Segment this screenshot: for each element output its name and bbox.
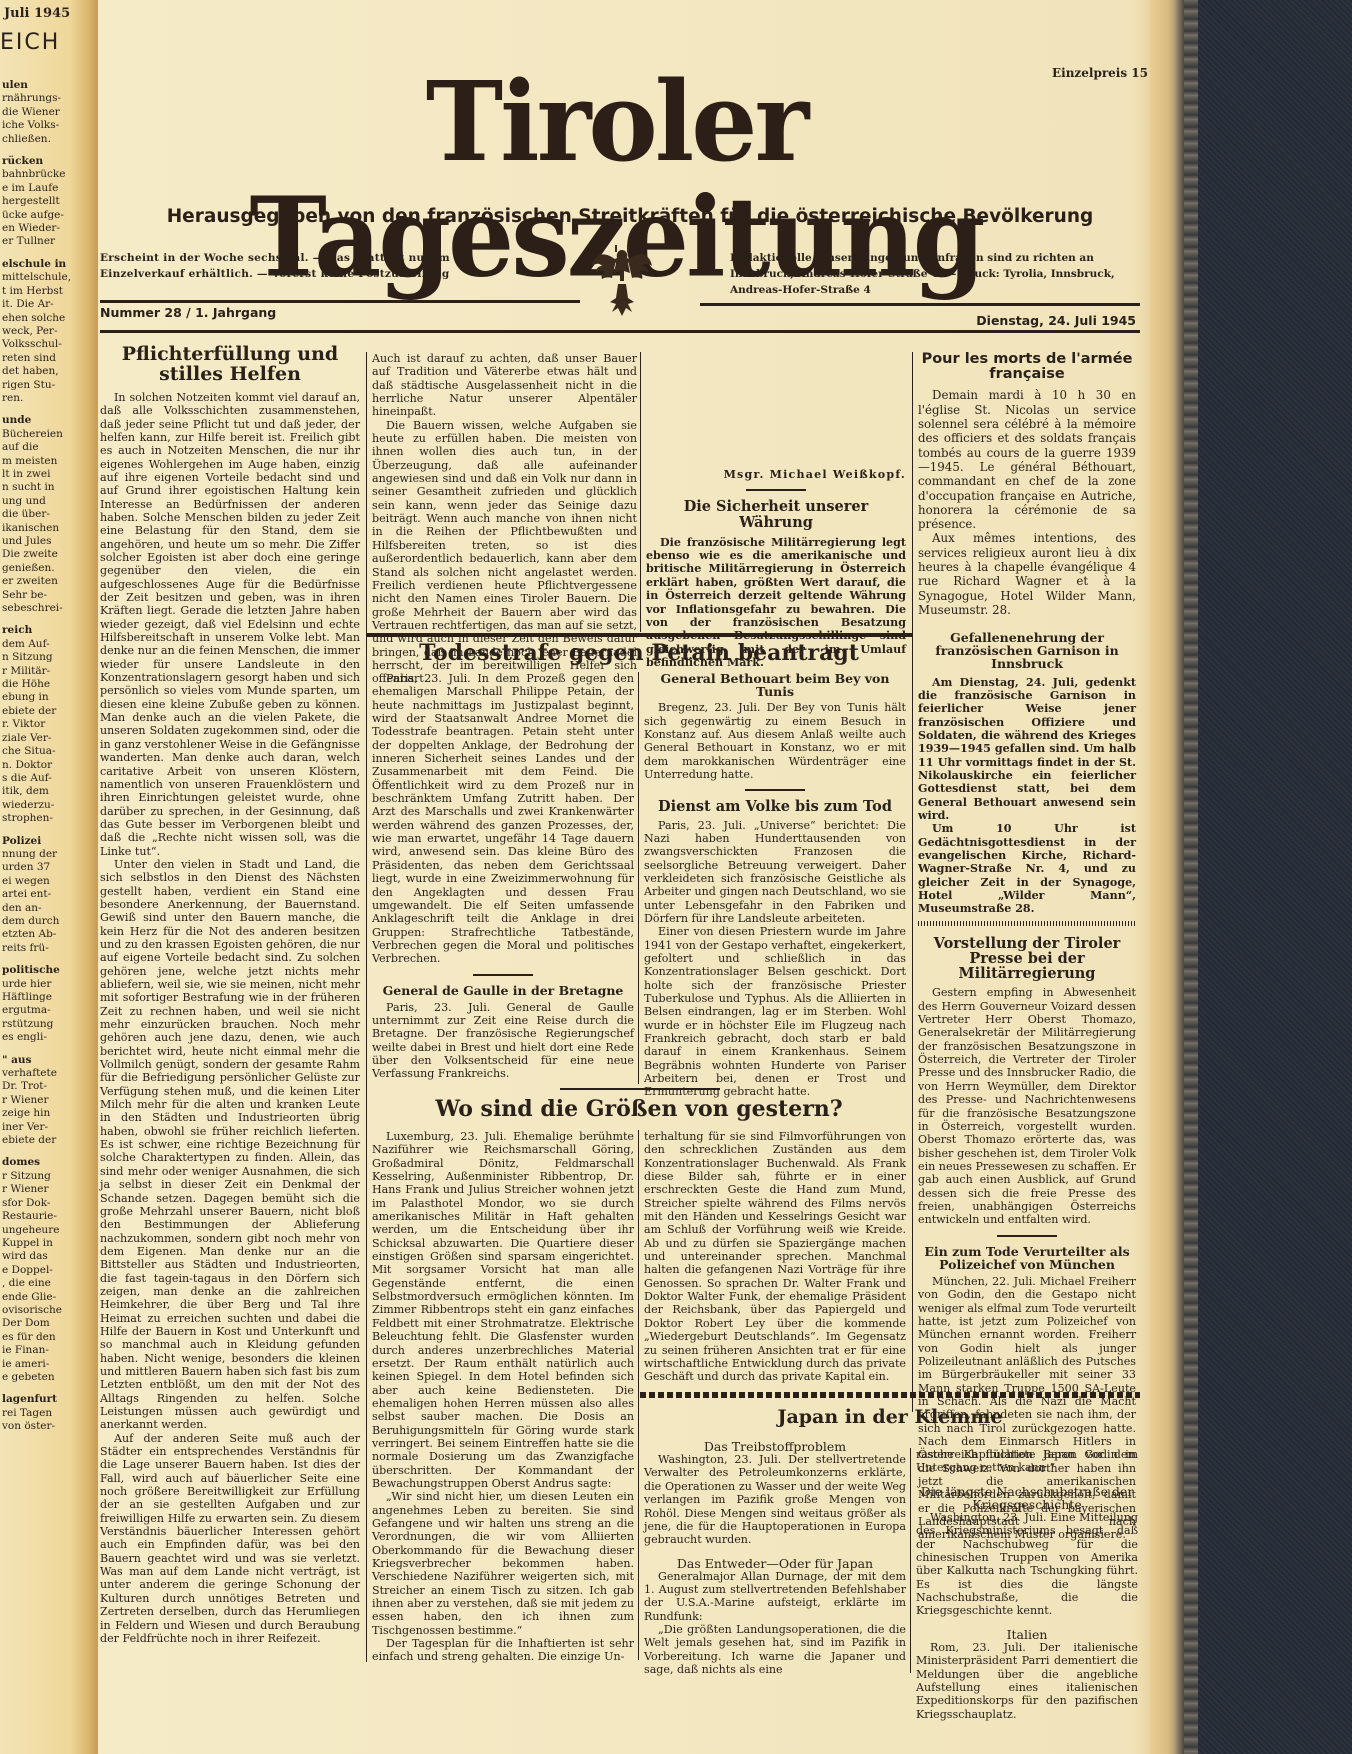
paragraph: Washington, 23. Juli. Der stellvertreten… <box>644 1453 906 1546</box>
prev-page-line: ungeheure <box>2 1224 98 1237</box>
prev-page-line: e Doppel- <box>2 1264 98 1277</box>
issue-number: Nummer 28 / 1. Jahrgang <box>100 305 276 320</box>
prev-page-text: ulenrnährungs-die Wieneriche Volks-chlie… <box>2 70 98 1434</box>
prev-page-line: wiederzu- <box>2 799 98 812</box>
prev-page-line: Die zweite <box>2 548 98 561</box>
newspaper-page: Juli 1945 EICH ulenrnährungs-die Wieneri… <box>0 0 1352 1754</box>
prev-page-line: die Höhe <box>2 678 98 691</box>
subheadline: Das Entweder—Oder für Japan <box>644 1557 906 1570</box>
article-pour-les-morts: Demain mardi à 10 h 30 en l'église St. N… <box>918 388 1136 617</box>
paragraph: terhaltung für sie sind Filmvorführungen… <box>644 1130 906 1384</box>
prev-page-line: ren. <box>2 392 98 405</box>
prev-page-line: urde hier <box>2 978 98 991</box>
column-divider <box>910 1448 911 1673</box>
paragraph: Auf der anderen Seite muß auch der Städt… <box>100 1432 360 1646</box>
prev-page-line: det haben, <box>2 365 98 378</box>
prev-page-line: nnung der <box>2 848 98 861</box>
article-pflichterfuellung: Pflichterfüllung und stilles Helfen In s… <box>100 345 360 1645</box>
prev-page-line: rei Tagen <box>2 1407 98 1420</box>
prev-page-line: ovisorische <box>2 1304 98 1317</box>
prev-page-line: reten sind <box>2 352 98 365</box>
masthead-subtitle: Herausgegeben von den französischen Stre… <box>130 206 1130 227</box>
headline: General Bethouart beim Bey von Tunis <box>644 672 906 698</box>
prev-page-line: sebeschrei- <box>2 602 98 615</box>
prev-page-line: verhaftete <box>2 1067 98 1080</box>
prev-page-line: die über- <box>2 508 98 521</box>
prev-page-line: es für den <box>2 1331 98 1344</box>
prev-page-heading: domes <box>2 1156 98 1169</box>
prev-page-line: r Wiener <box>2 1183 98 1196</box>
prev-page-line: urden 37 <box>2 861 98 874</box>
prev-page-line: rstützung <box>2 1018 98 1031</box>
prev-page-date: Juli 1945 <box>4 6 70 21</box>
prev-page-line: dem durch <box>2 915 98 928</box>
prev-page-line: lt in zwei <box>2 468 98 481</box>
prev-page-line: Volksschul- <box>2 338 98 351</box>
article-groessen-col2: terhaltung für sie sind Filmvorführungen… <box>644 1130 906 1384</box>
prev-page-heading: " aus <box>2 1054 98 1067</box>
article-groessen-col1: Luxemburg, 23. Juli. Ehemalige berühmte … <box>372 1130 634 1664</box>
article-bey-von-tunis: General Bethouart beim Bey von Tunis Bre… <box>644 672 906 1099</box>
prev-page-line: sfor Dok- <box>2 1197 98 1210</box>
separator <box>473 974 533 976</box>
separator <box>997 1235 1057 1237</box>
prev-page-line: n. Doktor <box>2 759 98 772</box>
paragraph: Washington, 23. Juli. Eine Mitteilung de… <box>916 1511 1138 1618</box>
prev-page-line: und Jules <box>2 535 98 548</box>
prev-page-line: etzten Ab- <box>2 928 98 941</box>
prev-page-line: it. Die Ar- <box>2 298 98 311</box>
headline: Pflichterfüllung und stilles Helfen <box>100 345 360 385</box>
prev-page-line: Häftlinge <box>2 991 98 1004</box>
binding-cover <box>1198 0 1352 1754</box>
prev-page-line: iner Ver- <box>2 1121 98 1134</box>
column-divider <box>638 1130 639 1660</box>
prev-page-line: die Wiener <box>2 106 98 119</box>
issue-date: Dienstag, 24. Juli 1945 <box>960 313 1136 328</box>
paragraph: Paris, 23. Juli. In dem Prozeß gegen den… <box>372 672 634 966</box>
separator <box>918 921 1136 926</box>
prev-page-line: n sucht in <box>2 481 98 494</box>
prev-page-line: ücke aufge- <box>2 209 98 222</box>
prev-page-heading: elschule in <box>2 258 98 271</box>
prev-page-line: mittelschule, <box>2 271 98 284</box>
paragraph: Luxemburg, 23. Juli. Ehemalige berühmte … <box>372 1130 634 1490</box>
prev-page-line: rnährungs- <box>2 92 98 105</box>
headline: Dienst am Volke bis zum Tod <box>644 799 906 814</box>
masthead-rule-left <box>100 300 580 303</box>
prev-page-line: e gebeten <box>2 1371 98 1384</box>
article-petain: Paris, 23. Juli. In dem Prozeß gegen den… <box>372 672 634 1081</box>
paragraph: Auch ist darauf zu achten, daß unser Bau… <box>372 352 637 419</box>
prev-page-line: von öster- <box>2 1420 98 1433</box>
quote-continued: rasche Kapitulation Japan vor dem Unterg… <box>916 1448 1138 1475</box>
article-japan-col1: Das Treibstoffproblem Washington, 23. Ju… <box>644 1440 906 1676</box>
paragraph: Gestern empfing in Abwesenheit des Herrn… <box>918 986 1136 1226</box>
prev-page-line: Sehr be- <box>2 589 98 602</box>
paragraph: Der Tagesplan für die Inhaftierten ist s… <box>372 1637 634 1664</box>
prev-page-line: ebung in <box>2 691 98 704</box>
paragraph: Bregenz, 23. Juli. Der Bey von Tunis häl… <box>644 701 906 781</box>
prev-page-line: weck, Per- <box>2 325 98 338</box>
author-signature: Msgr. Michael Weißkopf. <box>646 468 906 481</box>
prev-page-line: ebiete der <box>2 1134 98 1147</box>
prev-page-line: Der Dom <box>2 1317 98 1330</box>
date-rule <box>100 330 1140 333</box>
prev-page-heading: ulen <box>2 79 98 92</box>
subheadline: Italien <box>916 1628 1138 1641</box>
prev-page-line: genießen. <box>2 562 98 575</box>
prev-page-line: Restaurie- <box>2 1210 98 1223</box>
paragraph: Einer von diesen Priestern wurde im Jahr… <box>644 925 906 1098</box>
separator <box>745 789 805 791</box>
prev-page-line: er zweiten <box>2 575 98 588</box>
tyrolean-eagle-icon <box>590 244 654 318</box>
prev-page-line: , die eine <box>2 1277 98 1290</box>
prev-page-line: reits frü- <box>2 942 98 955</box>
prev-page-line: che Situa- <box>2 745 98 758</box>
prev-page-line: strophen- <box>2 812 98 825</box>
headline-japan: Japan in der Klemme <box>640 1408 1140 1428</box>
paragraph: Am Dienstag, 24. Juli, gedenkt die franz… <box>918 676 1136 823</box>
prev-page-line: ergutma- <box>2 1004 98 1017</box>
paragraph: Generalmajor Allan Durnage, der mit dem … <box>644 1570 906 1623</box>
paragraph: In solchen Notzeiten kommt viel darauf a… <box>100 391 360 858</box>
section-rule <box>366 633 912 637</box>
paragraph: Paris, 23. Juli. „Universe“ berichtet: D… <box>644 819 906 926</box>
prev-page-line: er Tullner <box>2 235 98 248</box>
prev-page-heading: lagenfurt <box>2 1393 98 1406</box>
prev-page-line: ei wegen <box>2 875 98 888</box>
column-divider <box>912 352 913 1412</box>
headline: Vorstellung der Tiroler Presse bei der M… <box>918 936 1136 982</box>
subheadline: Die längste Nachschubstraße der Kriegsge… <box>916 1485 1138 1511</box>
prev-page-line: es engli- <box>2 1031 98 1044</box>
headline: Ein zum Tode Verurteilter als Polizeiche… <box>918 1245 1136 1271</box>
prev-page-line: artei ent- <box>2 888 98 901</box>
prev-page-line: ebiete der <box>2 705 98 718</box>
prev-page-line: wird das <box>2 1250 98 1263</box>
prev-page-heading: reich <box>2 624 98 637</box>
headline: Die Sicherheit unserer Währung <box>646 499 906 529</box>
prev-page-line: m meisten <box>2 455 98 468</box>
prev-page-line: rigen Stu- <box>2 379 98 392</box>
prev-page-line: iche Volks- <box>2 119 98 132</box>
prev-page-line: hergestellt <box>2 195 98 208</box>
wavy-rule <box>640 1392 1140 1398</box>
prev-page-line: dem Auf- <box>2 638 98 651</box>
quote: „Die größten Landungsoperationen, die di… <box>644 1623 906 1676</box>
headline: Gefallenenehrung der französischen Garni… <box>918 631 1136 670</box>
paragraph: Unter den vielen in Stadt und Land, die … <box>100 858 360 1432</box>
right-column: Pour les morts de l'armée française Dema… <box>918 352 1136 1542</box>
prev-page-line: e im Laufe <box>2 182 98 195</box>
prev-page-line: t im Herbst <box>2 285 98 298</box>
prev-page-line: s die Auf- <box>2 772 98 785</box>
prev-page-line: ende Glie- <box>2 1291 98 1304</box>
headline: General de Gaulle in der Bretagne <box>372 984 634 997</box>
subheadline: Das Treibstoffproblem <box>644 1440 906 1453</box>
prev-page-line: ie Finan- <box>2 1344 98 1357</box>
prev-page-line: ie ameri- <box>2 1358 98 1371</box>
prev-page-heading: unde <box>2 414 98 427</box>
paragraph: Demain mardi à 10 h 30 en l'église St. N… <box>918 388 1136 531</box>
column-divider <box>366 352 367 1662</box>
prev-page-line: ikanischen <box>2 522 98 535</box>
paragraph: Um 10 Uhr ist Gedächtnisgottesdienst in … <box>918 822 1136 915</box>
prev-page-line: r Militär- <box>2 665 98 678</box>
publication-info: Erscheint in der Woche sechsmal. — Das B… <box>100 250 500 282</box>
headline-groessen: Wo sind die Größen von gestern? <box>372 1098 906 1121</box>
paragraph: „Wir sind nicht hier, um diesen Leuten e… <box>372 1490 634 1637</box>
prev-page-line: ehen solche <box>2 312 98 325</box>
prev-page-line: r Sitzung <box>2 1170 98 1183</box>
prev-page-heading: Polizei <box>2 835 98 848</box>
prev-page-line: itik, dem <box>2 785 98 798</box>
prev-page-line: den an- <box>2 902 98 915</box>
prev-page-line: en Wieder- <box>2 222 98 235</box>
prev-page-line: bahnbrücke <box>2 168 98 181</box>
prev-page-line: auf die <box>2 441 98 454</box>
separator <box>746 489 806 491</box>
article-japan-col2: rasche Kapitulation Japan vor dem Unterg… <box>916 1448 1138 1721</box>
editorial-address: Redaktionelle Einsendungen und Anfragen … <box>730 250 1130 298</box>
headline-french: Pour les morts de l'armée française <box>918 352 1136 382</box>
paragraph: Aux mêmes intentions, des services relig… <box>918 531 1136 617</box>
prev-page-line: ung und <box>2 495 98 508</box>
prev-page-line: Dr. Trot- <box>2 1080 98 1093</box>
article-gefallenenehrung: Am Dienstag, 24. Juli, gedenkt die franz… <box>918 676 1136 916</box>
binding-ridge <box>1184 0 1198 1754</box>
prev-page-line: r Wiener <box>2 1094 98 1107</box>
paragraph: Paris, 23. Juli. General de Gaulle unter… <box>372 1001 634 1081</box>
paragraph: Rom, 23. Juli. Der italienische Minister… <box>916 1641 1138 1721</box>
book-binding <box>1150 0 1352 1754</box>
prev-page-line: n Sitzung <box>2 651 98 664</box>
masthead-rule-right <box>700 303 1140 306</box>
prev-page-line: zeige hin <box>2 1107 98 1120</box>
prev-page-line: chließen. <box>2 133 98 146</box>
prev-page-heading: politische <box>2 964 98 977</box>
prev-page-line: Büchereien <box>2 428 98 441</box>
previous-page-edge: Juli 1945 EICH ulenrnährungs-die Wieneri… <box>0 0 98 1754</box>
prev-page-line: ziale Ver- <box>2 732 98 745</box>
prev-page-heading: rücken <box>2 155 98 168</box>
separator <box>560 1088 720 1090</box>
prev-page-line: r. Viktor <box>2 718 98 731</box>
headline-petain: Todesstrafe gegen Petain beantragt <box>372 642 906 665</box>
prev-page-title: EICH <box>0 30 60 55</box>
column-divider <box>640 352 641 632</box>
column-divider <box>638 672 639 1084</box>
prev-page-line: Kuppel in <box>2 1237 98 1250</box>
